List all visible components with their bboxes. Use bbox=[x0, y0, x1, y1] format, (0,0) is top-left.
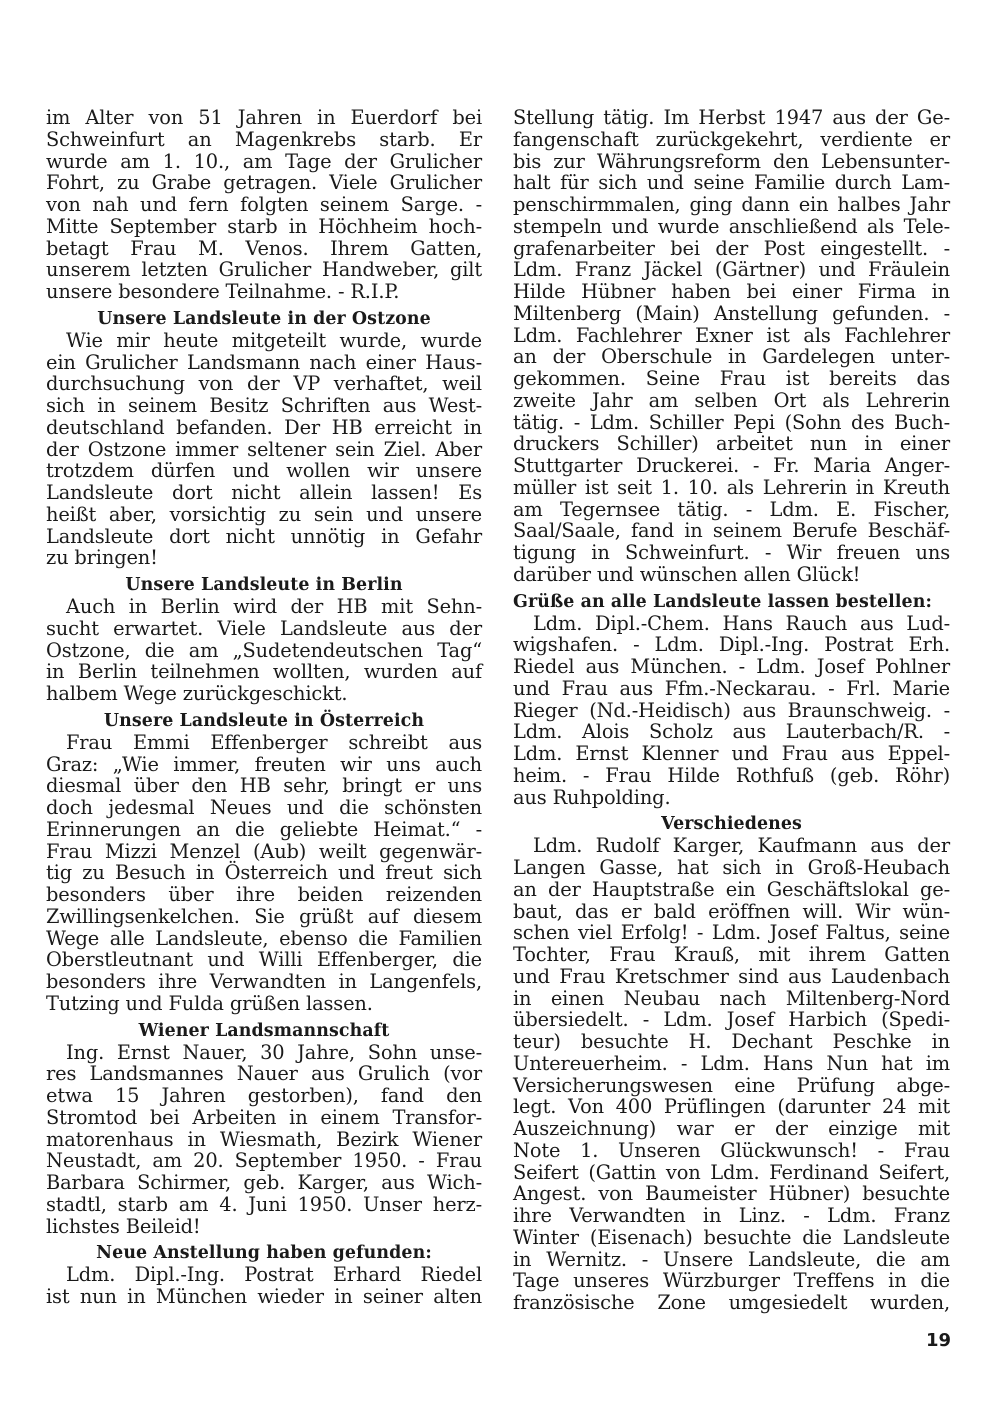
text-line: Riedel aus München. - Ldm. Josef Pohlner bbox=[513, 656, 950, 678]
text-line: Tochter, Frau Krauß, mit ihrem Gatten bbox=[513, 944, 950, 966]
text-line: bis zur Währungsreform den Lebensunter- bbox=[513, 151, 950, 173]
section-body: Ldm. Rudolf Karger, Kaufmann aus derLang… bbox=[513, 835, 950, 1314]
obituary-continuation: im Alter von 51 Jahren in Euerdorf beiSc… bbox=[46, 107, 482, 303]
section-heading: Grüße an alle Landsleute lassen bestelle… bbox=[513, 591, 950, 613]
text-line: Ing. Ernst Nauer, 30 Jahre, Sohn unse- bbox=[46, 1042, 482, 1064]
text-line: Ldm. Dipl.-Ing. Postrat Erhard Riedel bbox=[46, 1264, 482, 1286]
text-line: Ldm. Alois Scholz aus Lauterbach/R. - bbox=[513, 721, 950, 743]
article-section: Wiener LandsmannschaftIng. Ernst Nauer, … bbox=[46, 1015, 482, 1238]
text-line: grafenarbeiter bei der Post eingestellt.… bbox=[513, 238, 950, 260]
text-line: Frau Mizzi Menzel (Aub) weilt gegenwär- bbox=[46, 841, 482, 863]
text-line: der Ostzone immer seltener sein Ziel. Ab… bbox=[46, 439, 482, 461]
text-line: Landsleute dort nicht allein lassen! Es bbox=[46, 482, 482, 504]
text-line: Untereuerheim. - Ldm. Hans Nun hat im bbox=[513, 1053, 950, 1075]
text-line: Miltenberg (Main) Anstellung gefunden. - bbox=[513, 303, 950, 325]
text-line: schen viel Erfolg! - Ldm. Josef Faltus, … bbox=[513, 922, 950, 944]
text-line: diesmal über den HB sehr, bringt er uns bbox=[46, 775, 482, 797]
text-line: durchsuchung von der VP verhaftet, weil bbox=[46, 373, 482, 395]
text-line: ein Grulicher Landsmann nach einer Haus- bbox=[46, 352, 482, 374]
text-line: Wie mir heute mitgeteilt wurde, wurde bbox=[46, 330, 482, 352]
text-line: besonders ihre Verwandten in Langenfels, bbox=[46, 971, 482, 993]
text-line: Angest. von Baumeister Hübner) besuchte bbox=[513, 1183, 950, 1205]
text-line: Stromtod bei Arbeiten in einem Transfor- bbox=[46, 1107, 482, 1129]
section-body: Ing. Ernst Nauer, 30 Jahre, Sohn unse-re… bbox=[46, 1042, 482, 1238]
section-heading: Wiener Landsmannschaft bbox=[46, 1020, 482, 1042]
section-body: Ldm. Dipl.-Chem. Hans Rauch aus Lud-wigs… bbox=[513, 613, 950, 809]
text-line: müller ist seit 1. 10. als Lehrerin in K… bbox=[513, 477, 950, 499]
text-line: stadtl, starb am 4. Juni 1950. Unser her… bbox=[46, 1194, 482, 1216]
text-line: Seifert (Gattin von Ldm. Ferdinand Seife… bbox=[513, 1162, 950, 1184]
text-line: teur) besuchte H. Dechant Peschke in bbox=[513, 1031, 950, 1053]
text-line: Versicherungswesen eine Prüfung abge- bbox=[513, 1075, 950, 1097]
text-line: sich in seinem Besitz Schriften aus West… bbox=[46, 395, 482, 417]
text-line: in einen Neubau nach Miltenberg-Nord bbox=[513, 988, 950, 1010]
text-line: Ldm. Fachlehrer Exner ist als Fachlehrer bbox=[513, 325, 950, 347]
text-line: deutschland befanden. Der HB erreicht in bbox=[46, 417, 482, 439]
text-line: im Alter von 51 Jahren in Euerdorf bei bbox=[46, 107, 482, 129]
text-line: res Landsmannes Nauer aus Grulich (vor bbox=[46, 1063, 482, 1085]
text-line: legt. Von 400 Prüflingen (darunter 24 mi… bbox=[513, 1096, 950, 1118]
text-line: darüber und wünschen allen Glück! bbox=[513, 564, 950, 586]
section-body: Wie mir heute mitgeteilt wurde, wurdeein… bbox=[46, 330, 482, 569]
text-line: aus Ruhpolding. bbox=[513, 787, 950, 809]
text-line: halt für sich und seine Familie durch La… bbox=[513, 172, 950, 194]
employment-continuation: Stellung tätig. Im Herbst 1947 aus der G… bbox=[513, 107, 950, 586]
text-line: Stuttgarter Druckerei. - Fr. Maria Anger… bbox=[513, 455, 950, 477]
text-line: tigung in Schweinfurt. - Wir freuen uns bbox=[513, 542, 950, 564]
text-line: zweite Jahr am selben Ort als Lehrerin bbox=[513, 390, 950, 412]
text-line: matorenhaus in Wiesmath, Bezirk Wiener bbox=[46, 1129, 482, 1151]
text-line: Wege alle Landsleute, ebenso die Familie… bbox=[46, 928, 482, 950]
text-line: Stellung tätig. Im Herbst 1947 aus der G… bbox=[513, 107, 950, 129]
text-line: fangenschaft zurückgekehrt, verdiente er bbox=[513, 129, 950, 151]
text-line: Auch in Berlin wird der HB mit Sehn- bbox=[46, 596, 482, 618]
text-line: Fohrt, zu Grabe getragen. Viele Gruliche… bbox=[46, 172, 482, 194]
text-line: französische Zone umgesiedelt wurden, bbox=[513, 1292, 950, 1314]
text-line: halbem Wege zurückgeschickt. bbox=[46, 683, 482, 705]
text-line: an der Hauptstraße ein Geschäftslokal ge… bbox=[513, 879, 950, 901]
text-line: tig zu Besuch in Österreich und freut si… bbox=[46, 862, 482, 884]
text-line: Ldm. Franz Jäckel (Gärtner) und Fräulein bbox=[513, 259, 950, 281]
text-line: in Berlin teilnehmen wollten, wurden auf bbox=[46, 661, 482, 683]
text-line: an der Oberschule in Gardelegen unter- bbox=[513, 346, 950, 368]
text-line: Erinnerungen an die geliebte Heimat.“ - bbox=[46, 819, 482, 841]
text-line: Tutzing und Fulda grüßen lassen. bbox=[46, 993, 482, 1015]
text-line: Graz: „Wie immer, freuten wir uns auch bbox=[46, 754, 482, 776]
text-line: Saal/Saale, fand in seinem Berufe Beschä… bbox=[513, 520, 950, 542]
text-line: Zwillingsenkelchen. Sie grüßt auf diesem bbox=[46, 906, 482, 928]
section-body: Ldm. Dipl.-Ing. Postrat Erhard Riedelist… bbox=[46, 1264, 482, 1308]
text-line: Oberstleutnant und Willi Effenberger, di… bbox=[46, 949, 482, 971]
text-line: Hilde Hübner haben bei einer Firma in bbox=[513, 281, 950, 303]
text-line: baut, das er bald eröffnen will. Wir wün… bbox=[513, 901, 950, 923]
article-section: Unsere Landsleute in ÖsterreichFrau Emmi… bbox=[46, 705, 482, 1015]
text-line: und Frau Kretschmer sind aus Laudenbach bbox=[513, 966, 950, 988]
text-line: Rieger (Nd.-Heidisch) aus Braunschweig. … bbox=[513, 700, 950, 722]
page-number: 19 bbox=[926, 1330, 951, 1351]
text-line: am Tegernsee tätig. - Ldm. E. Fischer, bbox=[513, 499, 950, 521]
text-line: zu bringen! bbox=[46, 547, 482, 569]
section-heading: Neue Anstellung haben gefunden: bbox=[46, 1242, 482, 1264]
text-line: Landsleute dort nicht unnötig in Gefahr bbox=[46, 526, 482, 548]
text-line: Note 1. Unseren Glückwunsch! - Frau bbox=[513, 1140, 950, 1162]
text-line: Neustadt, am 20. September 1950. - Frau bbox=[46, 1150, 482, 1172]
text-line: heim. - Frau Hilde Rothfuß (geb. Röhr) bbox=[513, 765, 950, 787]
section-heading: Unsere Landsleute in Berlin bbox=[46, 574, 482, 596]
text-line: Tage unseres Würzburger Treffens in die bbox=[513, 1270, 950, 1292]
left-column: im Alter von 51 Jahren in Euerdorf beiSc… bbox=[46, 107, 482, 1308]
article-section: Grüße an alle Landsleute lassen bestelle… bbox=[513, 586, 950, 809]
text-line: wurde am 1. 10., am Tage der Grulicher bbox=[46, 151, 482, 173]
text-line: lichstes Beileid! bbox=[46, 1216, 482, 1238]
text-line: trotzdem dürfen und wollen wir unsere bbox=[46, 460, 482, 482]
text-line: unsere besondere Teilnahme. - R.I.P. bbox=[46, 281, 482, 303]
text-line: und Frau aus Ffm.-Neckarau. - Frl. Marie bbox=[513, 678, 950, 700]
article-section: VerschiedenesLdm. Rudolf Karger, Kaufman… bbox=[513, 808, 950, 1314]
text-line: tätig. - Ldm. Schiller Pepi (Sohn des Bu… bbox=[513, 412, 950, 434]
text-line: von nah und fern folgten seinem Sarge. - bbox=[46, 194, 482, 216]
text-line: Winter (Eisenach) besuchte die Landsleut… bbox=[513, 1227, 950, 1249]
section-heading: Unsere Landsleute in der Ostzone bbox=[46, 308, 482, 330]
article-section: Neue Anstellung haben gefunden:Ldm. Dipl… bbox=[46, 1237, 482, 1308]
text-line: Ostzone, die am „Sudetendeutschen Tag“ bbox=[46, 640, 482, 662]
text-line: sucht erwartet. Viele Landsleute aus der bbox=[46, 618, 482, 640]
section-body: Auch in Berlin wird der HB mit Sehn-such… bbox=[46, 596, 482, 705]
text-line: Mitte September starb in Höchheim hoch- bbox=[46, 216, 482, 238]
text-line: doch jedesmal Neues und die schönsten bbox=[46, 797, 482, 819]
text-line: heißt aber, vorsichtig zu sein und unser… bbox=[46, 504, 482, 526]
article-section: Unsere Landsleute in BerlinAuch in Berli… bbox=[46, 569, 482, 705]
text-line: ihre Verwandten in Linz. - Ldm. Franz bbox=[513, 1205, 950, 1227]
text-line: unserem letzten Grulicher Handweber, gil… bbox=[46, 259, 482, 281]
text-line: Auszeichnung) war er der einzige mit bbox=[513, 1118, 950, 1140]
text-line: Ldm. Rudolf Karger, Kaufmann aus der bbox=[513, 835, 950, 857]
right-column: Stellung tätig. Im Herbst 1947 aus der G… bbox=[513, 107, 950, 1314]
text-line: druckers Schiller) arbeitet nun in einer bbox=[513, 433, 950, 455]
text-line: stempeln und wurde anschließend als Tele… bbox=[513, 216, 950, 238]
section-heading: Verschiedenes bbox=[513, 813, 950, 835]
text-line: Langen Gasse, hat sich in Groß-Heubach bbox=[513, 857, 950, 879]
article-section: Unsere Landsleute in der OstzoneWie mir … bbox=[46, 303, 482, 569]
text-line: etwa 15 Jahren gestorben), fand den bbox=[46, 1085, 482, 1107]
text-line: Frau Emmi Effenberger schreibt aus bbox=[46, 732, 482, 754]
text-line: Barbara Schirmer, geb. Karger, aus Wich- bbox=[46, 1172, 482, 1194]
section-heading: Unsere Landsleute in Österreich bbox=[46, 710, 482, 732]
text-line: übersiedelt. - Ldm. Josef Harbich (Spedi… bbox=[513, 1009, 950, 1031]
text-line: wigshafen. - Ldm. Dipl.-Ing. Postrat Erh… bbox=[513, 634, 950, 656]
text-line: Ldm. Dipl.-Chem. Hans Rauch aus Lud- bbox=[513, 613, 950, 635]
text-line: Ldm. Ernst Klenner und Frau aus Eppel- bbox=[513, 743, 950, 765]
text-line: gekommen. Seine Frau ist bereits das bbox=[513, 368, 950, 390]
text-line: Schweinfurt an Magenkrebs starb. Er bbox=[46, 129, 482, 151]
text-line: besonders über ihre beiden reizenden bbox=[46, 884, 482, 906]
text-line: ist nun in München wieder in seiner alte… bbox=[46, 1286, 482, 1308]
text-line: betagt Frau M. Venos. Ihrem Gatten, bbox=[46, 238, 482, 260]
text-line: penschirmmalen, ging dann ein halbes Jah… bbox=[513, 194, 950, 216]
text-line: in Wernitz. - Unsere Landsleute, die am bbox=[513, 1249, 950, 1271]
section-body: Frau Emmi Effenberger schreibt ausGraz: … bbox=[46, 732, 482, 1015]
